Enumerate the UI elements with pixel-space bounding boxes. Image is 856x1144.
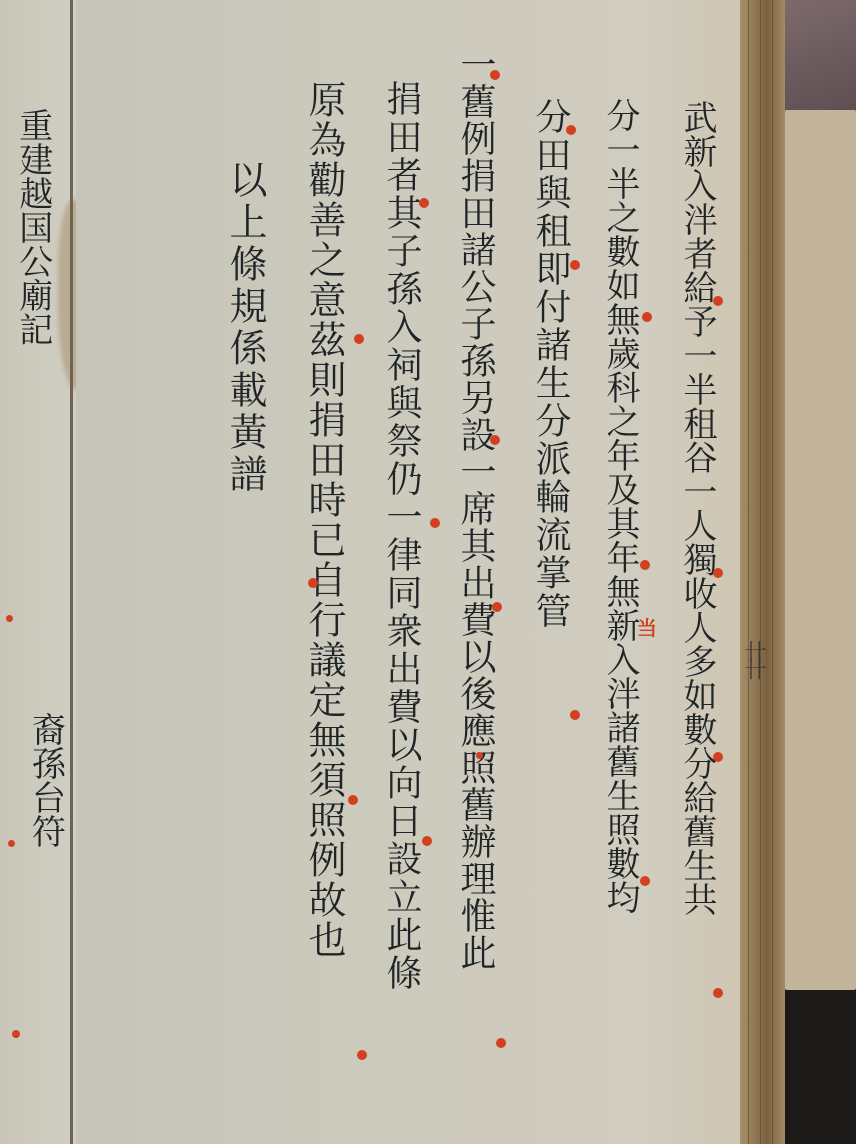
- punctuation-mark: [570, 260, 580, 270]
- spine-ink-mark: 卄卄: [738, 640, 769, 676]
- punctuation-mark: [422, 836, 432, 846]
- punctuation-mark: [640, 876, 650, 886]
- punctuation-mark: [8, 840, 15, 847]
- punctuation-mark: [419, 198, 429, 208]
- punctuation-mark: [308, 578, 318, 588]
- punctuation-mark: [492, 602, 502, 612]
- text-column-1: 武新入泮者給予一半租谷一人獨收人多如數分給舊生共: [680, 100, 714, 916]
- left-page: 重建越国公廟記 裔孫台符: [0, 0, 80, 1144]
- text-column-3: 分田與租即付諸生分派輪流掌管: [532, 98, 568, 630]
- punctuation-mark: [570, 710, 580, 720]
- punctuation-mark: [642, 312, 652, 322]
- punctuation-mark: [713, 988, 723, 998]
- punctuation-mark: [490, 70, 500, 80]
- adjacent-page-edge: [785, 110, 856, 990]
- text-column-6: 原為勸善之意茲則捐田時已自行議定無須照例故也: [305, 80, 343, 960]
- punctuation-mark: [640, 560, 650, 570]
- punctuation-mark: [354, 334, 364, 344]
- punctuation-mark: [496, 1038, 506, 1048]
- punctuation-mark: [713, 296, 723, 306]
- punctuation-mark: [357, 1050, 367, 1060]
- punctuation-mark: [12, 1030, 20, 1038]
- punctuation-mark: [476, 752, 483, 759]
- text-column-4: 一舊例捐田諸公子孫另設一席其出費以後應照舊辦理惟此: [457, 46, 493, 971]
- text-column-7: 以上條規係載黃譜: [226, 160, 264, 496]
- red-correction-mark: 当: [637, 612, 657, 641]
- punctuation-mark: [430, 518, 440, 528]
- punctuation-mark: [566, 125, 576, 135]
- punctuation-mark: [348, 795, 358, 805]
- left-margin-signature: 裔孫台符: [26, 712, 63, 848]
- page-fold: [70, 0, 73, 1144]
- left-margin-title: 重建越国公廟記: [14, 108, 50, 346]
- text-column-2: 分一半之數如無歲科之年及其年無新入泮諸舊生照數均: [603, 98, 637, 914]
- punctuation-mark: [490, 435, 500, 445]
- punctuation-mark: [713, 752, 723, 762]
- text-column-5: 捐田者其子孫入祠與祭仍一律同衆出費以向日設立此條: [383, 80, 419, 992]
- punctuation-mark: [713, 568, 723, 578]
- background-surface: [780, 0, 856, 115]
- book-spine: [740, 0, 785, 1144]
- punctuation-mark: [6, 615, 13, 622]
